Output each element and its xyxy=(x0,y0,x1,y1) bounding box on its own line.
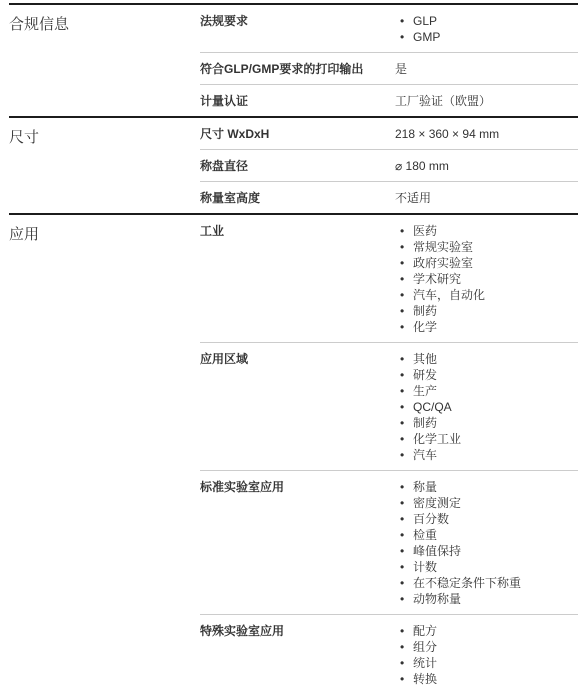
list-item-label: 汽车 xyxy=(413,448,437,462)
list-item: •转换 xyxy=(395,671,578,687)
spec-label: 称量室高度 xyxy=(200,190,395,206)
spec-value-cell: 工厂验证（欧盟） xyxy=(395,93,578,109)
spec-value-list: •GLP •GMP xyxy=(395,13,578,45)
list-item-label: 研发 xyxy=(413,368,437,382)
list-item: •制药 xyxy=(395,415,578,431)
list-item-label: 学术研究 xyxy=(413,272,461,286)
spec-value: 218 × 360 × 94 mm xyxy=(395,126,499,142)
bullet-icon: • xyxy=(400,527,404,543)
list-item: •百分数 xyxy=(395,511,578,527)
spec-label: 应用区域 xyxy=(200,351,395,463)
section-title: 尺寸 xyxy=(9,118,200,213)
list-item-label: 峰值保持 xyxy=(413,544,461,558)
spec-value-cell: •其他 •研发 •生产 •QC/QA •制药 •化学工业 •汽车 xyxy=(395,351,578,463)
spec-row: 尺寸 WxDxH 218 × 360 × 94 mm xyxy=(200,118,578,149)
list-item-label: 统计 xyxy=(413,656,437,670)
list-item: •化学工业 xyxy=(395,431,578,447)
list-item-label: 化学工业 xyxy=(413,432,461,446)
list-item-label: 转换 xyxy=(413,672,437,686)
spec-value-list: •配方 •组分 •统计 •转换 xyxy=(395,623,578,687)
section-rows: 工业 •医药 •常规实验室 •政府实验室 •学术研究 •汽车，自动化 •制药 •… xyxy=(200,215,578,691)
spec-value-cell: 218 × 360 × 94 mm xyxy=(395,126,578,142)
bullet-icon: • xyxy=(400,495,404,511)
bullet-icon: • xyxy=(400,511,404,527)
spec-value-list: •其他 •研发 •生产 •QC/QA •制药 •化学工业 •汽车 xyxy=(395,351,578,463)
bullet-icon: • xyxy=(400,479,404,495)
list-item-label: 常规实验室 xyxy=(413,240,473,254)
list-item: •称量 xyxy=(395,479,578,495)
spec-value-list: •医药 •常规实验室 •政府实验室 •学术研究 •汽车，自动化 •制药 •化学 xyxy=(395,223,578,335)
bullet-icon: • xyxy=(400,431,404,447)
list-item-label: 制药 xyxy=(413,304,437,318)
bullet-icon: • xyxy=(400,255,404,271)
list-item: •化学 xyxy=(395,319,578,335)
list-item: •研发 xyxy=(395,367,578,383)
bullet-icon: • xyxy=(400,447,404,463)
bullet-icon: • xyxy=(400,303,404,319)
spec-row: 工业 •医药 •常规实验室 •政府实验室 •学术研究 •汽车，自动化 •制药 •… xyxy=(200,215,578,342)
list-item-label: 汽车，自动化 xyxy=(413,288,485,302)
list-item-label: GMP xyxy=(413,30,440,44)
list-item-label: 检重 xyxy=(413,528,437,542)
spec-row: 应用区域 •其他 •研发 •生产 •QC/QA •制药 •化学工业 •汽车 xyxy=(200,342,578,470)
bullet-icon: • xyxy=(400,319,404,335)
bullet-icon: • xyxy=(400,29,404,45)
list-item-label: 制药 xyxy=(413,416,437,430)
section-dimensions: 尺寸 尺寸 WxDxH 218 × 360 × 94 mm 称盘直径 ⌀ 180… xyxy=(9,116,578,213)
list-item: •常规实验室 xyxy=(395,239,578,255)
spec-value-cell: •GLP •GMP xyxy=(395,13,578,45)
list-item-label: 其他 xyxy=(413,352,437,366)
list-item: •统计 xyxy=(395,655,578,671)
spec-label: 称盘直径 xyxy=(200,158,395,174)
bullet-icon: • xyxy=(400,287,404,303)
bullet-icon: • xyxy=(400,271,404,287)
spec-row: 计量认证 工厂验证（欧盟） xyxy=(200,84,578,116)
section-applications: 应用 工业 •医药 •常规实验室 •政府实验室 •学术研究 •汽车，自动化 •制… xyxy=(9,213,578,691)
bullet-icon: • xyxy=(400,13,404,29)
list-item: •汽车 xyxy=(395,447,578,463)
spec-value-cell: ⌀ 180 mm xyxy=(395,158,578,174)
spec-row: 标准实验室应用 •称量 •密度测定 •百分数 •检重 •峰值保持 •计数 •在不… xyxy=(200,470,578,614)
list-item-label: 配方 xyxy=(413,624,437,638)
bullet-icon: • xyxy=(400,543,404,559)
spec-label: 标准实验室应用 xyxy=(200,479,395,607)
spec-row: 法规要求 •GLP •GMP xyxy=(200,5,578,52)
spec-row: 符合GLP/GMP要求的打印输出 是 xyxy=(200,52,578,84)
section-compliance: 合规信息 法规要求 •GLP •GMP 符合GLP/GMP要求的打印输出 是 计… xyxy=(9,3,578,116)
list-item-label: 动物称量 xyxy=(413,592,461,606)
list-item: •QC/QA xyxy=(395,399,578,415)
spec-label: 计量认证 xyxy=(200,93,395,109)
list-item-label: 称量 xyxy=(413,480,437,494)
list-item-label: GLP xyxy=(413,14,437,28)
spec-value: 工厂验证（欧盟） xyxy=(395,93,491,109)
spec-label: 特殊实验室应用 xyxy=(200,623,395,687)
section-rows: 法规要求 •GLP •GMP 符合GLP/GMP要求的打印输出 是 计量认证 工… xyxy=(200,5,578,116)
bullet-icon: • xyxy=(400,655,404,671)
list-item: •生产 xyxy=(395,383,578,399)
list-item: •学术研究 xyxy=(395,271,578,287)
list-item: •医药 xyxy=(395,223,578,239)
spec-value-cell: 不适用 xyxy=(395,190,578,206)
bullet-icon: • xyxy=(400,351,404,367)
list-item-label: 化学 xyxy=(413,320,437,334)
bullet-icon: • xyxy=(400,223,404,239)
section-title: 应用 xyxy=(9,215,200,691)
spec-label: 尺寸 WxDxH xyxy=(200,126,395,142)
bullet-icon: • xyxy=(400,591,404,607)
list-item: •GLP xyxy=(395,13,578,29)
list-item: •GMP xyxy=(395,29,578,45)
bullet-icon: • xyxy=(400,559,404,575)
spec-value-cell: •称量 •密度测定 •百分数 •检重 •峰值保持 •计数 •在不稳定条件下称重 … xyxy=(395,479,578,607)
spec-value-cell: 是 xyxy=(395,61,578,77)
bullet-icon: • xyxy=(400,575,404,591)
spec-label: 符合GLP/GMP要求的打印输出 xyxy=(200,61,395,77)
spec-table: 合规信息 法规要求 •GLP •GMP 符合GLP/GMP要求的打印输出 是 计… xyxy=(9,3,578,691)
list-item-label: 密度测定 xyxy=(413,496,461,510)
list-item: •组分 xyxy=(395,639,578,655)
list-item-label: 在不稳定条件下称重 xyxy=(413,576,521,590)
spec-value: ⌀ 180 mm xyxy=(395,158,449,174)
spec-value-list: •称量 •密度测定 •百分数 •检重 •峰值保持 •计数 •在不稳定条件下称重 … xyxy=(395,479,578,607)
list-item: •峰值保持 xyxy=(395,543,578,559)
list-item-label: QC/QA xyxy=(413,400,452,414)
list-item: •配方 xyxy=(395,623,578,639)
bullet-icon: • xyxy=(400,639,404,655)
spec-value-cell: •医药 •常规实验室 •政府实验室 •学术研究 •汽车，自动化 •制药 •化学 xyxy=(395,223,578,335)
spec-row: 称盘直径 ⌀ 180 mm xyxy=(200,149,578,181)
list-item: •在不稳定条件下称重 xyxy=(395,575,578,591)
list-item: •密度测定 xyxy=(395,495,578,511)
spec-value-cell: •配方 •组分 •统计 •转换 xyxy=(395,623,578,687)
list-item-label: 医药 xyxy=(413,224,437,238)
list-item: •动物称量 xyxy=(395,591,578,607)
spec-row: 称量室高度 不适用 xyxy=(200,181,578,213)
bullet-icon: • xyxy=(400,239,404,255)
bullet-icon: • xyxy=(400,415,404,431)
list-item: •计数 xyxy=(395,559,578,575)
spec-value: 是 xyxy=(395,61,407,77)
list-item-label: 百分数 xyxy=(413,512,449,526)
section-title: 合规信息 xyxy=(9,5,200,116)
list-item-label: 组分 xyxy=(413,640,437,654)
bullet-icon: • xyxy=(400,383,404,399)
list-item: •汽车，自动化 xyxy=(395,287,578,303)
spec-label: 法规要求 xyxy=(200,13,395,45)
bullet-icon: • xyxy=(400,623,404,639)
list-item: •制药 xyxy=(395,303,578,319)
spec-value: 不适用 xyxy=(395,190,431,206)
list-item: •其他 xyxy=(395,351,578,367)
list-item-label: 政府实验室 xyxy=(413,256,473,270)
spec-label: 工业 xyxy=(200,223,395,335)
bullet-icon: • xyxy=(400,671,404,687)
section-rows: 尺寸 WxDxH 218 × 360 × 94 mm 称盘直径 ⌀ 180 mm… xyxy=(200,118,578,213)
bullet-icon: • xyxy=(400,367,404,383)
bullet-icon: • xyxy=(400,399,404,415)
list-item-label: 计数 xyxy=(413,560,437,574)
spec-row: 特殊实验室应用 •配方 •组分 •统计 •转换 xyxy=(200,614,578,691)
list-item: •政府实验室 xyxy=(395,255,578,271)
list-item-label: 生产 xyxy=(413,384,437,398)
list-item: •检重 xyxy=(395,527,578,543)
